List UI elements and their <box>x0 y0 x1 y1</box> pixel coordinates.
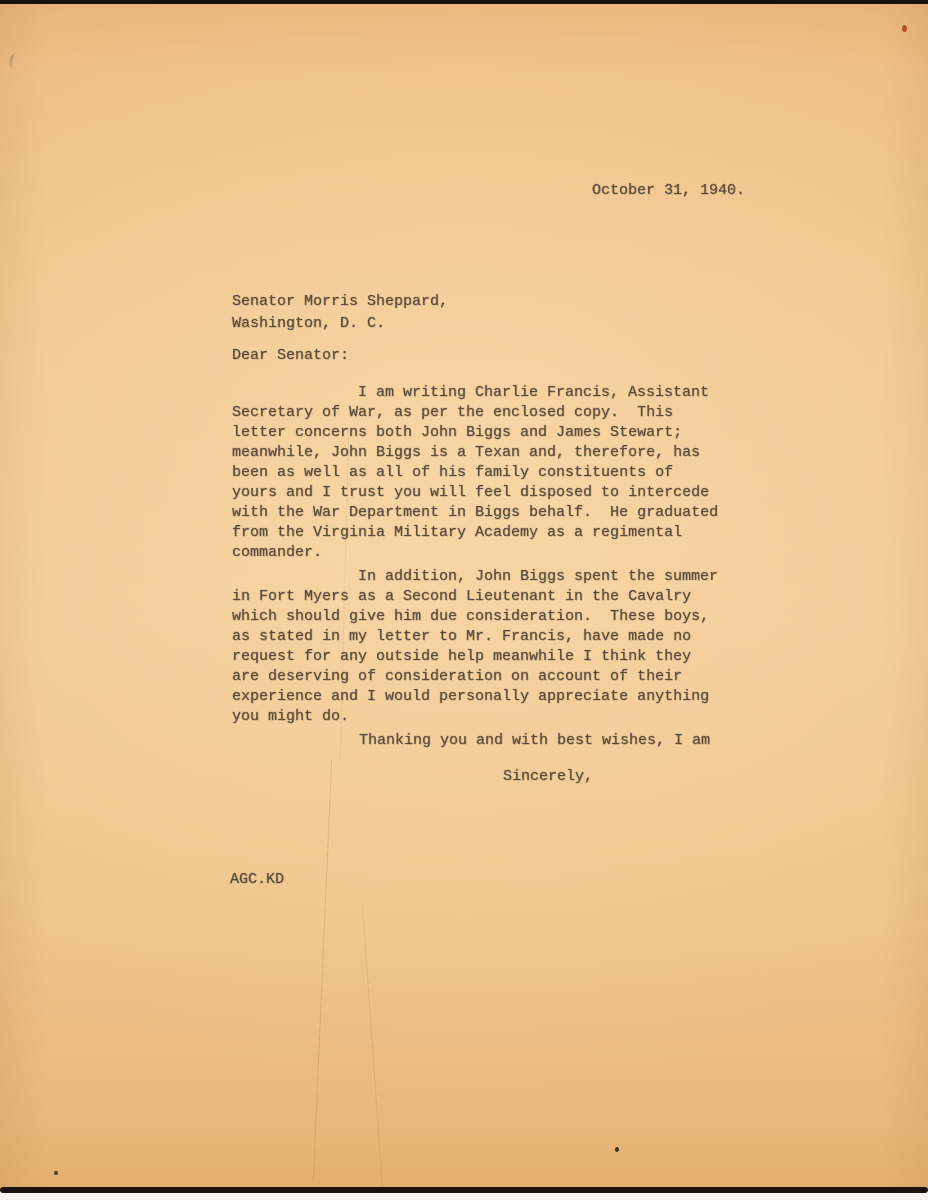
red-ink-dot <box>902 25 907 32</box>
body-paragraph-2: In addition, John Biggs spent the summer… <box>232 567 754 727</box>
typist-initials: AGC.KD <box>230 870 284 890</box>
signoff: Sincerely, <box>503 767 593 787</box>
scan-edge-bottom <box>0 1187 928 1193</box>
letter-scan: October 31, 1940. Senator Morris Sheppar… <box>0 0 928 1200</box>
ink-speck <box>615 1147 619 1152</box>
closing-line: Thanking you and with best wishes, I am <box>359 731 710 751</box>
scan-edge-top <box>0 0 928 4</box>
body-paragraph-1: I am writing Charlie Francis, Assistant … <box>232 383 754 563</box>
salutation: Dear Senator: <box>232 346 349 366</box>
letter-date: October 31, 1940. <box>592 181 745 201</box>
recipient-address: Senator Morris Sheppard, Washington, D. … <box>232 291 448 335</box>
ink-speck <box>54 1171 58 1175</box>
